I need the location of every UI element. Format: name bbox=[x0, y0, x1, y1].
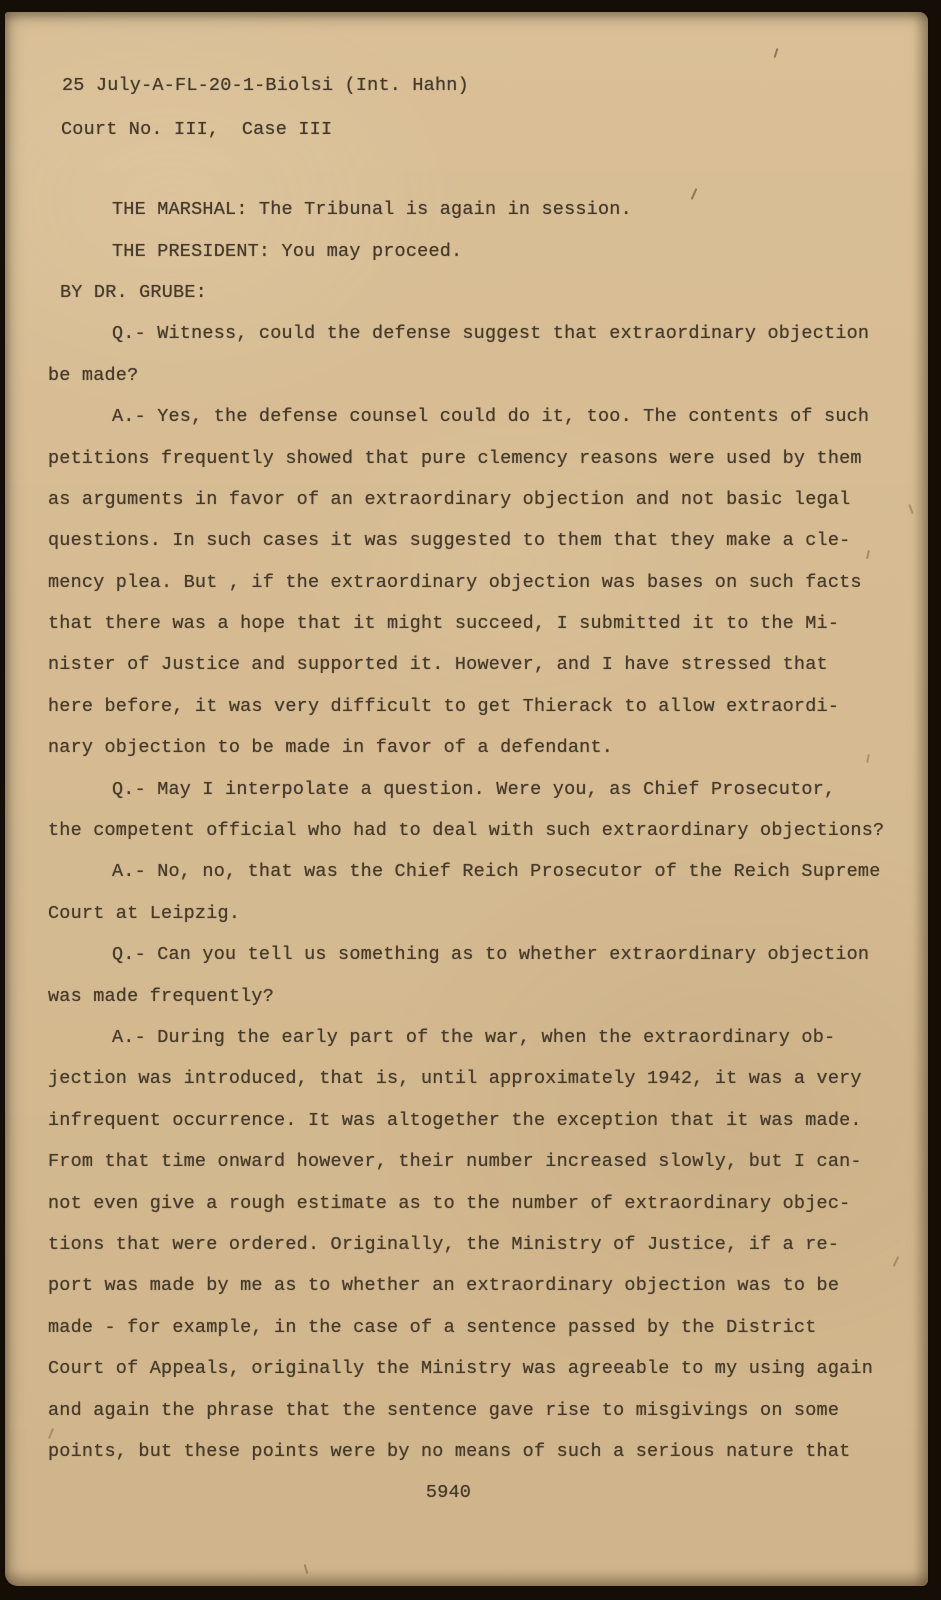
transcript-line: the competent official who had to deal w… bbox=[5, 810, 928, 851]
transcript-line: tions that were ordered. Originally, the… bbox=[5, 1224, 928, 1265]
scanned-page: 25 July-A-FL-20-1-Biolsi (Int. Hahn) Cou… bbox=[5, 12, 928, 1586]
transcript-line: nary objection to be made in favor of a … bbox=[5, 727, 928, 768]
scan-speck bbox=[774, 48, 779, 58]
transcript-line: here before, it was very difficult to ge… bbox=[5, 686, 928, 727]
transcript-line: nister of Justice and supported it. Howe… bbox=[5, 644, 928, 685]
transcript-line: that there was a hope that it might succ… bbox=[5, 603, 928, 644]
transcript-line: THE MARSHAL: The Tribunal is again in se… bbox=[5, 189, 928, 230]
transcript-line: A.- No, no, that was the Chief Reich Pro… bbox=[5, 851, 928, 892]
transcript-line: as arguments in favor of an extraordinar… bbox=[5, 479, 928, 520]
scan-speck bbox=[304, 1564, 309, 1574]
transcript-line: Q.- May I interpolate a question. Were y… bbox=[5, 768, 928, 809]
transcript-line: questions. In such cases it was suggeste… bbox=[5, 520, 928, 561]
transcript-line: port was made by me as to whether an ext… bbox=[5, 1265, 928, 1306]
header-dictation-id: 25 July-A-FL-20-1-Biolsi (Int. Hahn) bbox=[62, 76, 469, 96]
transcript-line: petitions frequently showed that pure cl… bbox=[5, 437, 928, 478]
transcript-line: jection was introduced, that is, until a… bbox=[5, 1058, 928, 1099]
scan-background: { "colors": { "paper": "#d8bd93", "ink":… bbox=[0, 0, 941, 1600]
transcript-line: Court of Appeals, originally the Ministr… bbox=[5, 1348, 928, 1389]
transcript-line: mency plea. But , if the extraordinary o… bbox=[5, 562, 928, 603]
transcript-line: A.- Yes, the defense counsel could do it… bbox=[5, 396, 928, 437]
transcript-line: and again the phrase that the sentence g… bbox=[5, 1389, 928, 1430]
transcript-line: Court at Leipzig. bbox=[5, 893, 928, 934]
transcript-line: was made frequently? bbox=[5, 975, 928, 1016]
transcript-line: From that time onward however, their num… bbox=[5, 1141, 928, 1182]
transcript-line: made - for example, in the case of a sen… bbox=[5, 1307, 928, 1348]
transcript-line: Q.- Can you tell us something as to whet… bbox=[5, 934, 928, 975]
transcript-line: points, but these points were by no mean… bbox=[5, 1431, 928, 1472]
transcript-line: BY DR. GRUBE: bbox=[5, 272, 928, 313]
transcript-line: not even give a rough estimate as to the… bbox=[5, 1182, 928, 1223]
transcript-line: THE PRESIDENT: You may proceed. bbox=[5, 230, 928, 271]
transcript-line: A.- During the early part of the war, wh… bbox=[5, 1017, 928, 1058]
header-court-case: Court No. III, Case III bbox=[61, 120, 332, 140]
transcript-line: be made? bbox=[5, 355, 928, 396]
transcript-body: THE MARSHAL: The Tribunal is again in se… bbox=[5, 189, 928, 1514]
transcript-line: infrequent occurrence. It was altogether… bbox=[5, 1100, 928, 1141]
page-number: 5940 bbox=[0, 1472, 910, 1513]
transcript-line: Q.- Witness, could the defense suggest t… bbox=[5, 313, 928, 354]
